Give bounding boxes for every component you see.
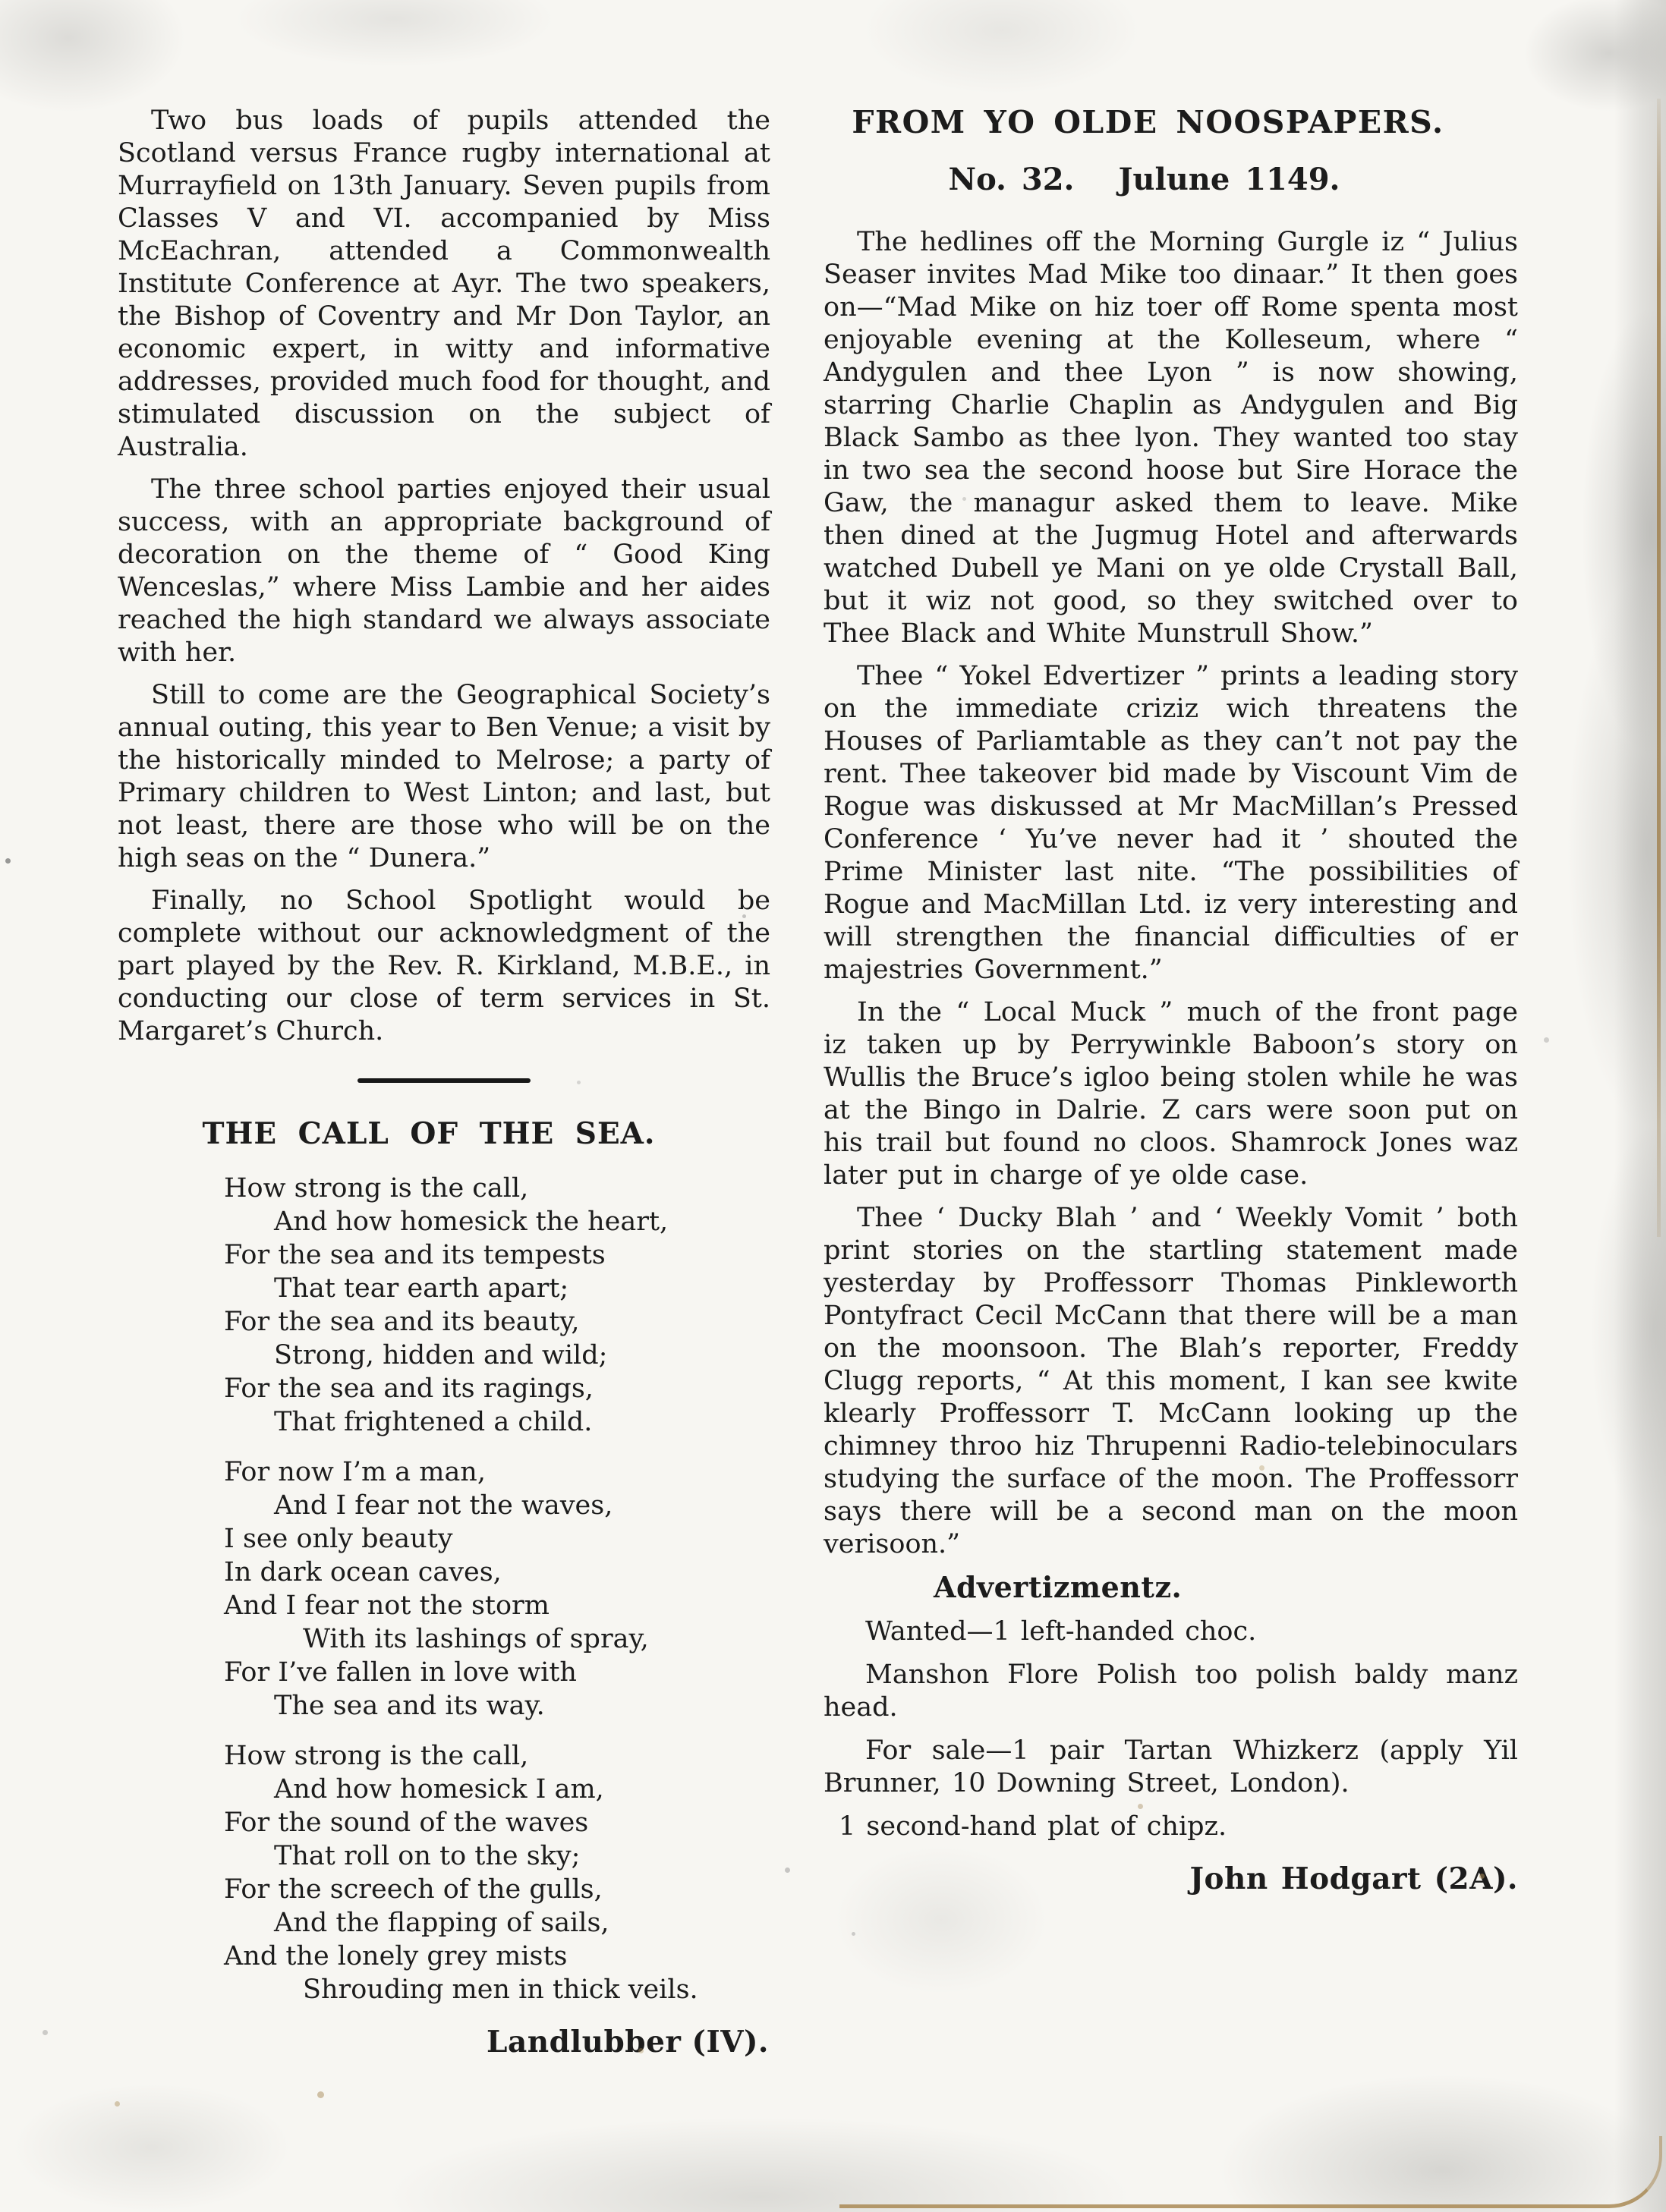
scan-noise-specks: [0, 0, 4, 4]
poem: How strong is the call, And how homesick…: [224, 1172, 770, 2006]
poem-line: And the lonely grey mists: [224, 1940, 770, 1973]
poem-line: For I’ve fallen in love with: [224, 1656, 770, 1689]
poem-line: For the sound of the waves: [224, 1806, 770, 1839]
right-column: FROM YO OLDE NOOSPAPERS. No. 32.Julune 1…: [824, 106, 1518, 1896]
issue-date: Julune 1149.: [1118, 162, 1340, 197]
poem-line: And the flapping of sails,: [224, 1906, 770, 1940]
article-author-signature: John Hodgart (2A).: [824, 1863, 1518, 1896]
poem-line: For the sea and its ragings,: [224, 1372, 770, 1405]
poem-line: For the screech of the gulls,: [224, 1873, 770, 1906]
section-divider: [357, 1078, 531, 1083]
poem-line: And I fear not the waves,: [224, 1489, 770, 1522]
scan-page-corner-line: [839, 2136, 1662, 2208]
poem-line: And I fear not the storm: [224, 1589, 770, 1622]
magazine-page-scan: Two bus loads of pupils attended the Sco…: [0, 0, 1666, 2212]
scan-edge-shadow-right: [1614, 0, 1666, 2212]
poem-line: For the sea and its beauty,: [224, 1305, 770, 1339]
poem-line: For now I’m a man,: [224, 1455, 770, 1489]
poem-line: How strong is the call,: [224, 1739, 770, 1773]
issue-number: No. 32.: [949, 163, 1075, 196]
article-title: FROM YO OLDE NOOSPAPERS.: [824, 106, 1472, 139]
paragraph: Thee ‘ Ducky Blah ’ and ‘ Weekly Vomit ’…: [824, 1202, 1518, 1561]
poem-line: And how homesick I am,: [224, 1773, 770, 1806]
paragraph: Thee “ Yokel Edvertizer ” prints a leadi…: [824, 660, 1518, 986]
poem-line: The sea and its way.: [224, 1689, 770, 1723]
advertisement: Wanted—1 left-handed choc.: [824, 1616, 1518, 1648]
left-column: Two bus loads of pupils attended the Sco…: [118, 105, 770, 2059]
advertisement: 1 second-hand plat of chipz.: [824, 1811, 1518, 1843]
paragraph: The hedlines off the Morning Gurgle iz “…: [824, 226, 1518, 650]
poem-stanza: For now I’m a man, And I fear not the wa…: [224, 1455, 770, 1723]
poem-line: Shrouding men in thick veils.: [224, 1973, 770, 2006]
poem-line: And how homesick the heart,: [224, 1205, 770, 1238]
advertisements-heading: Advertizmentz.: [934, 1571, 1518, 1603]
issue-subheading: No. 32.Julune 1149.: [824, 163, 1465, 196]
poem-line: That frightened a child.: [224, 1405, 770, 1439]
paragraph: In the “ Local Muck ” much of the front …: [824, 996, 1518, 1192]
paragraph: Still to come are the Geographical Socie…: [118, 679, 770, 875]
poem-line: That tear earth apart;: [224, 1272, 770, 1305]
poem-line: That roll on to the sky;: [224, 1839, 770, 1873]
poem-line: How strong is the call,: [224, 1172, 770, 1205]
poem-stanza: How strong is the call, And how homesick…: [224, 1172, 770, 1439]
advertisement: Manshon Flore Polish too polish baldy ma…: [824, 1659, 1518, 1724]
advertisement: For sale—1 pair Tartan Whizkerz (apply Y…: [824, 1735, 1518, 1800]
poem-line: Strong, hidden and wild;: [224, 1339, 770, 1372]
scan-page-edge-line: [1657, 99, 1661, 1237]
paragraph: The three school parties enjoyed their u…: [118, 474, 770, 669]
paragraph: Two bus loads of pupils attended the Sco…: [118, 105, 770, 464]
poem-stanza: How strong is the call, And how homesick…: [224, 1739, 770, 2006]
poem-line: With its lashings of spray,: [224, 1622, 770, 1656]
poem-title: THE CALL OF THE SEA.: [118, 1118, 740, 1150]
paragraph: Finally, no School Spotlight would be co…: [118, 885, 770, 1048]
poem-line: For the sea and its tempests: [224, 1238, 770, 1272]
poem-line: I see only beauty: [224, 1522, 770, 1556]
poem-author-signature: Landlubber (IV).: [118, 2026, 769, 2059]
poem-line: In dark ocean caves,: [224, 1556, 770, 1589]
